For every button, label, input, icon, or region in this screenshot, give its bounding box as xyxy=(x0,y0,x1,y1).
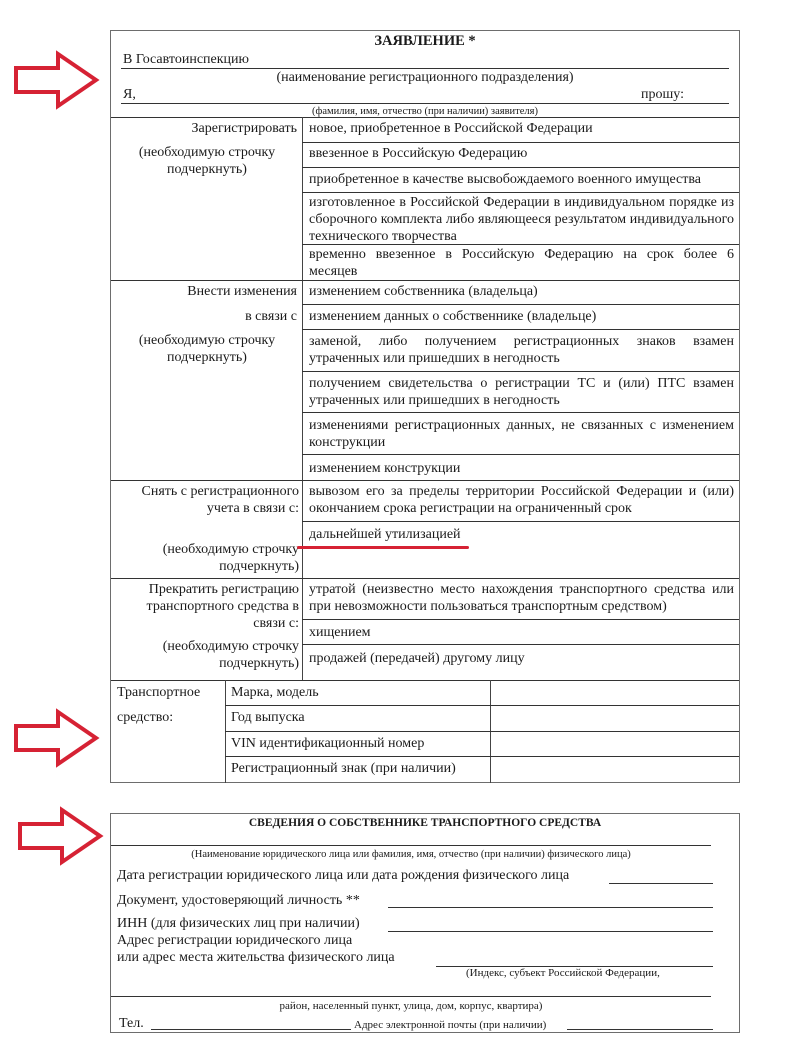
divider xyxy=(111,680,739,681)
owner-form: СВЕДЕНИЯ О СОБСТВЕННИКЕ ТРАНСПОРТНОГО СР… xyxy=(110,813,740,1033)
i-label: Я, xyxy=(123,86,136,103)
vehicle-field-label: VIN идентификационный номер xyxy=(231,735,424,752)
vehicle-label-line2: средство: xyxy=(117,709,173,726)
arrow-right-icon xyxy=(12,806,108,866)
section-terminate-hint: (необходимую строчку подчеркнуть) xyxy=(115,638,299,672)
divider xyxy=(302,619,739,620)
divider xyxy=(111,280,739,281)
vehicle-model-input[interactable] xyxy=(496,684,731,701)
register-option-imported[interactable]: ввезенное в Российскую Федерацию xyxy=(309,145,734,162)
section-deregister-label: Снять с регистрационного учета в связи с… xyxy=(115,483,299,517)
arrow-right-icon xyxy=(8,708,104,768)
owner-name-hint: (Наименование юридического лица или фами… xyxy=(111,846,711,863)
owner-email-input[interactable] xyxy=(567,1029,713,1030)
owner-phone-input[interactable] xyxy=(151,1029,351,1030)
divider xyxy=(302,454,739,455)
form-title: ЗАЯВЛЕНИЕ * xyxy=(111,33,739,50)
register-option-custom-built[interactable]: изготовленное в Российской Федерации в и… xyxy=(309,194,734,245)
owner-document-input[interactable] xyxy=(388,907,713,908)
vehicle-year-input[interactable] xyxy=(496,709,731,726)
change-option-owner[interactable]: изменением собственника (владельца) xyxy=(309,283,734,300)
terminate-option-theft[interactable]: хищением xyxy=(309,624,734,641)
section-change-label: Внести изменения xyxy=(117,283,297,300)
red-underline-mark xyxy=(297,546,469,549)
divider xyxy=(302,412,739,413)
owner-address-label-line1: Адрес регистрации юридического лица xyxy=(117,932,352,949)
divider xyxy=(302,244,739,245)
to-label: В Госавтоинспекцию xyxy=(123,51,249,68)
vehicle-field-label: Регистрационный знак (при наличии) xyxy=(231,760,456,777)
terminate-option-loss[interactable]: утратой (неизвестно место нахождения тра… xyxy=(309,581,734,615)
owner-address-hint1: (Индекс, субъект Российской Федерации, xyxy=(466,965,660,982)
register-option-military[interactable]: приобретенное в качестве высвобождаемого… xyxy=(309,171,734,188)
owner-inn-label: ИНН (для физических лиц при наличии) xyxy=(117,915,360,932)
change-option-certificate[interactable]: получением свидетельства о регистрации Т… xyxy=(309,375,734,409)
owner-date-label: Дата регистрации юридического лица или д… xyxy=(117,867,569,884)
owner-form-title: СВЕДЕНИЯ О СОБСТВЕННИКЕ ТРАНСПОРТНОГО СР… xyxy=(111,817,739,829)
vehicle-field-label: Марка, модель xyxy=(231,684,319,701)
application-form: ЗАЯВЛЕНИЕ * В Госавтоинспекцию (наименов… xyxy=(110,30,740,783)
deregister-option-disposal[interactable]: дальнейшей утилизацией xyxy=(309,526,734,543)
vehicle-vin-input[interactable] xyxy=(496,735,731,752)
divider xyxy=(302,304,739,305)
owner-date-input[interactable] xyxy=(609,883,713,884)
divider xyxy=(302,371,739,372)
divider xyxy=(225,756,739,757)
divider xyxy=(302,142,739,143)
section-register-hint: (необходимую строчку подчеркнуть) xyxy=(117,144,297,178)
vehicle-plate-input[interactable] xyxy=(496,760,731,777)
divider xyxy=(302,521,739,522)
section-deregister-hint: (необходимую строчку подчеркнуть) xyxy=(115,541,299,575)
section-register-label: Зарегистрировать xyxy=(117,120,297,137)
register-option-new[interactable]: новое, приобретенное в Российской Федера… xyxy=(309,120,734,137)
change-option-construction[interactable]: изменением конструкции xyxy=(309,460,734,477)
register-option-temporary[interactable]: временно ввезенное в Российскую Федераци… xyxy=(309,246,734,280)
divider xyxy=(302,644,739,645)
divider xyxy=(302,117,303,680)
arrow-right-icon xyxy=(8,50,104,110)
owner-document-label: Документ, удостоверяющий личность ** xyxy=(117,892,360,909)
owner-address-label-line2: или адрес места жительства физического л… xyxy=(117,949,395,966)
owner-address-hint2: район, населенный пункт, улица, дом, кор… xyxy=(111,998,711,1015)
to-hint: (наименование регистрационного подраздел… xyxy=(111,69,739,86)
divider xyxy=(302,329,739,330)
owner-inn-input[interactable] xyxy=(388,931,713,932)
divider xyxy=(225,731,739,732)
vehicle-label-line1: Транспортное xyxy=(117,684,200,701)
change-option-plates[interactable]: заменой, либо получением регистрационных… xyxy=(309,333,734,367)
terminate-option-sale[interactable]: продажей (передачей) другому лицу xyxy=(309,650,734,667)
request-label: прошу: xyxy=(641,86,684,103)
owner-address-input-line2[interactable] xyxy=(111,996,711,997)
section-change-label2: в связи с xyxy=(117,308,297,325)
deregister-option-export[interactable]: вывозом его за пределы территории Россий… xyxy=(309,483,734,517)
vehicle-field-label: Год выпуска xyxy=(231,709,305,726)
divider xyxy=(111,578,739,579)
divider xyxy=(111,480,739,481)
divider xyxy=(225,705,739,706)
section-terminate-label: Прекратить регистрацию транспортного сре… xyxy=(115,581,299,632)
change-option-owner-data[interactable]: изменением данных о собственнике (владел… xyxy=(309,308,734,325)
owner-phone-label: Тел. xyxy=(119,1015,144,1032)
change-option-reg-data[interactable]: изменениями регистрационных данных, не с… xyxy=(309,417,734,451)
divider xyxy=(302,167,739,168)
owner-email-label: Адрес электронной почты (при наличии) xyxy=(354,1017,546,1034)
section-change-hint: (необходимую строчку подчеркнуть) xyxy=(117,332,297,366)
divider xyxy=(111,117,739,118)
divider xyxy=(302,192,739,193)
